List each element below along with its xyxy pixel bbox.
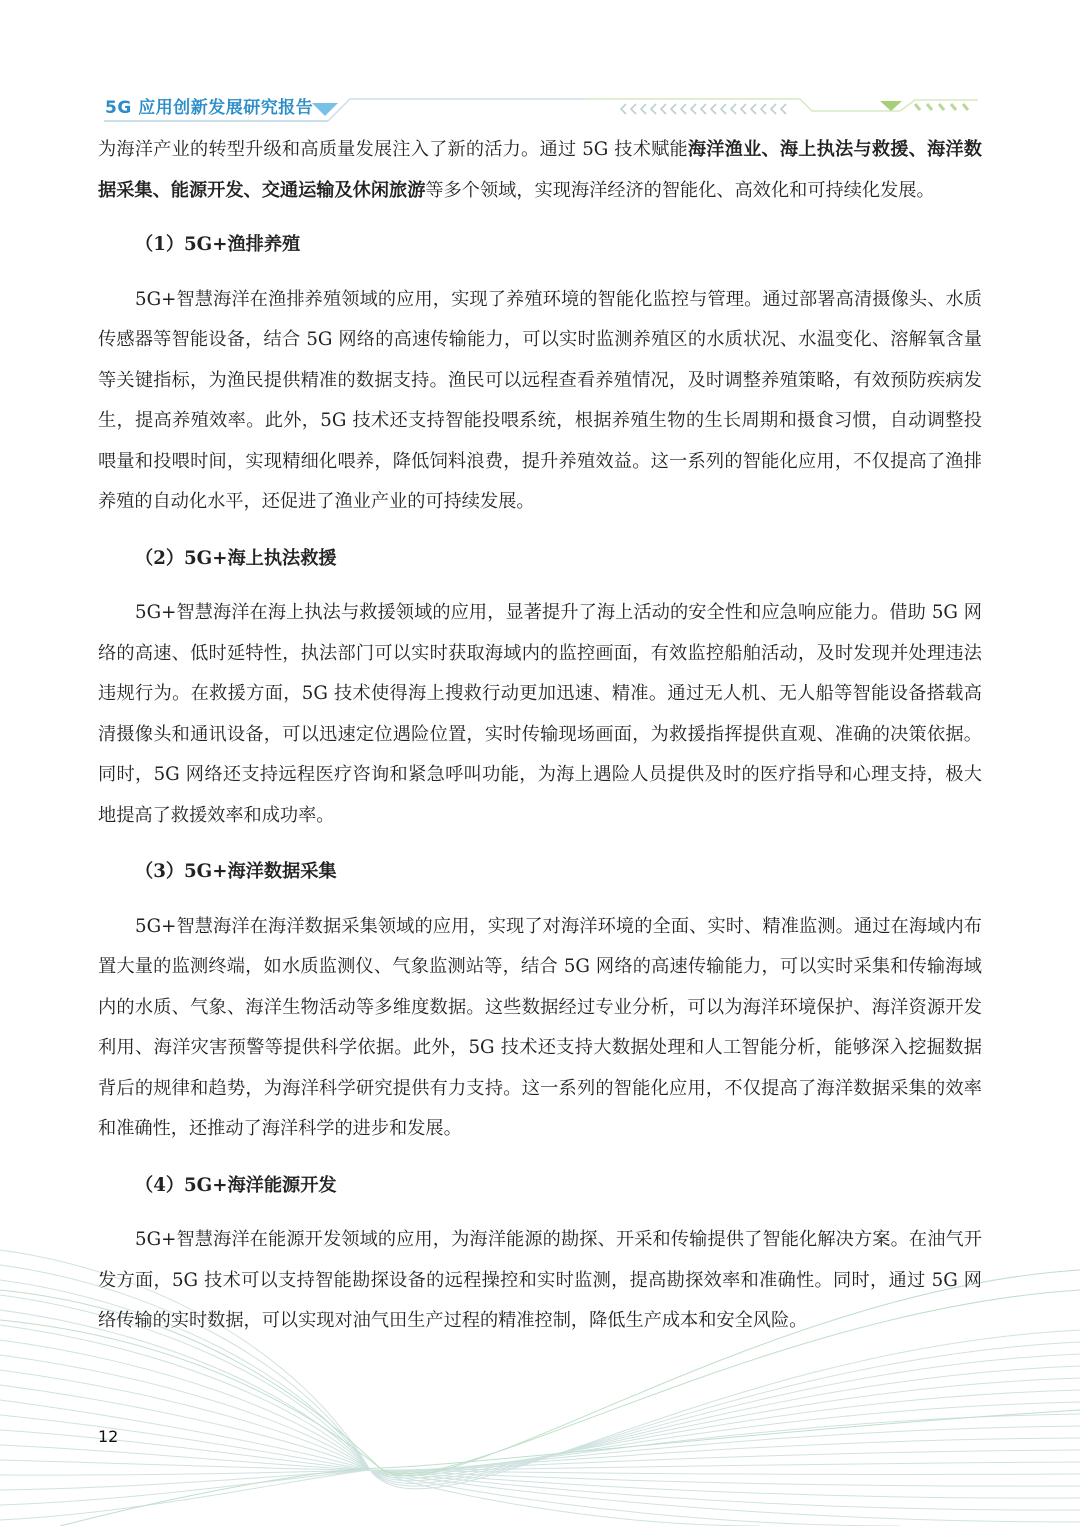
section-paragraph-3: 5G+智慧海洋在海洋数据采集领域的应用，实现了对海洋环境的全面、实时、精准监测。… — [98, 907, 982, 1150]
section-heading-4: （4）5G+海洋能源开发 — [98, 1166, 982, 1207]
section-paragraph-4: 5G+智慧海洋在能源开发领域的应用，为海洋能源的勘探、开采和传输提供了智能化解决… — [98, 1220, 982, 1342]
report-title: 5G 应用创新发展研究报告 — [105, 93, 313, 118]
page-header: 5G 应用创新发展研究报告 — [0, 0, 1080, 130]
section-heading-3: （3）5G+海洋数据采集 — [98, 852, 982, 893]
section-heading-2: （2）5G+海上执法救援 — [98, 539, 982, 580]
triangle-marker-green-icon — [880, 101, 902, 111]
document-body: 为海洋产业的转型升级和高质量发展注入了新的活力。通过 5G 技术赋能海洋渔业、海… — [98, 130, 982, 1342]
page-number: 12 — [98, 1427, 118, 1446]
intro-paragraph: 为海洋产业的转型升级和高质量发展注入了新的活力。通过 5G 技术赋能海洋渔业、海… — [98, 130, 982, 211]
section-heading-1: （1）5G+渔排养殖 — [98, 225, 982, 266]
section-paragraph-2: 5G+智慧海洋在海上执法与救援领域的应用，显著提升了海上活动的安全性和应急响应能… — [98, 593, 982, 836]
section-paragraph-1: 5G+智慧海洋在渔排养殖领域的应用，实现了养殖环境的智能化监控与管理。通过部署高… — [98, 280, 982, 523]
